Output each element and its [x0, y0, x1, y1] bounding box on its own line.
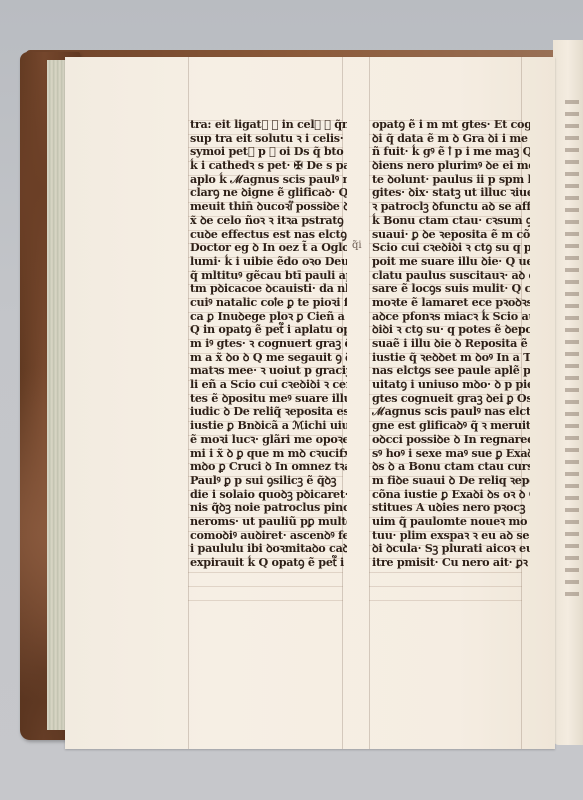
ruling-line [369, 490, 522, 491]
ruling-line [369, 326, 522, 327]
ruling-line [188, 353, 343, 354]
ruling-line [369, 189, 522, 190]
ruling-line [188, 572, 343, 573]
ruling-line [369, 298, 522, 299]
ruling-line [188, 490, 343, 491]
ruling-line [188, 545, 343, 546]
ruling-line [188, 257, 343, 258]
ruling-line [369, 216, 522, 217]
ruling-line [188, 147, 343, 148]
ruling-line [188, 517, 343, 518]
ruling-line [369, 517, 522, 518]
ruling-line [188, 558, 343, 559]
ruling-line [188, 175, 343, 176]
ruling-line [369, 476, 522, 477]
ruling-line [188, 476, 343, 477]
ruling-line [188, 394, 343, 395]
ruling-line [369, 367, 522, 368]
ruling-line [188, 230, 343, 231]
ruling-line [188, 531, 343, 532]
ruling-line [188, 120, 343, 121]
ruling-line [188, 367, 343, 368]
ruling-line [369, 202, 522, 203]
ruling-line [369, 558, 522, 559]
ruling-line [369, 572, 522, 573]
ruling-line [188, 216, 343, 217]
ruling-line [369, 312, 522, 313]
ruling-line [369, 284, 522, 285]
ruling-line [369, 435, 522, 436]
ruling-line [369, 175, 522, 176]
ruling-line [369, 545, 522, 546]
ruling-line [369, 586, 522, 587]
ruling-line [188, 189, 343, 190]
margin-annotation: q̃i [352, 240, 362, 251]
ruling-line [369, 230, 522, 231]
ruling-line [188, 271, 343, 272]
ruling-line [188, 600, 343, 601]
ruling-line [188, 449, 343, 450]
ruling-line [188, 339, 343, 340]
ruling-line [369, 257, 522, 258]
text-column-right: opatꝯ ẽ i m mt gtes· Et cognuert graꝫꝺi … [372, 118, 530, 570]
ruling-line [188, 421, 343, 422]
ruling-line [369, 449, 522, 450]
ruling-line [188, 463, 343, 464]
facing-page-edge [553, 40, 583, 745]
ruling-line [188, 586, 343, 587]
ruling-line [188, 134, 343, 135]
ruling-line [369, 134, 522, 135]
ruling-line [369, 600, 522, 601]
ruling-line [188, 243, 343, 244]
ruling-line [188, 504, 343, 505]
ruling-line [369, 120, 522, 121]
ruling-line [188, 326, 343, 327]
ruling-line [369, 243, 522, 244]
ruling-line [369, 271, 522, 272]
ruling-line [188, 312, 343, 313]
ruling-line [188, 161, 343, 162]
ruling-line [188, 284, 343, 285]
page-edges [47, 60, 67, 730]
ruling-line [369, 504, 522, 505]
text-column-left: tra: eit ligat᷑ ꝛ in celꝯ ꝛ q̃nq̃ solutꝭ… [190, 118, 347, 570]
ruling-line [369, 380, 522, 381]
ruling-line [188, 202, 343, 203]
ruling-line [188, 380, 343, 381]
ruling-line [369, 463, 522, 464]
ruling-line [369, 394, 522, 395]
ruling-line [369, 353, 522, 354]
bleed-through-text [565, 100, 579, 600]
ruling-line [188, 435, 343, 436]
ruling-line [369, 161, 522, 162]
ruling-line [369, 421, 522, 422]
ruling-line [369, 531, 522, 532]
ruling-line [369, 147, 522, 148]
ruling-line [369, 408, 522, 409]
ruling-line [188, 298, 343, 299]
ruling-line [188, 408, 343, 409]
ruling-line [369, 339, 522, 340]
